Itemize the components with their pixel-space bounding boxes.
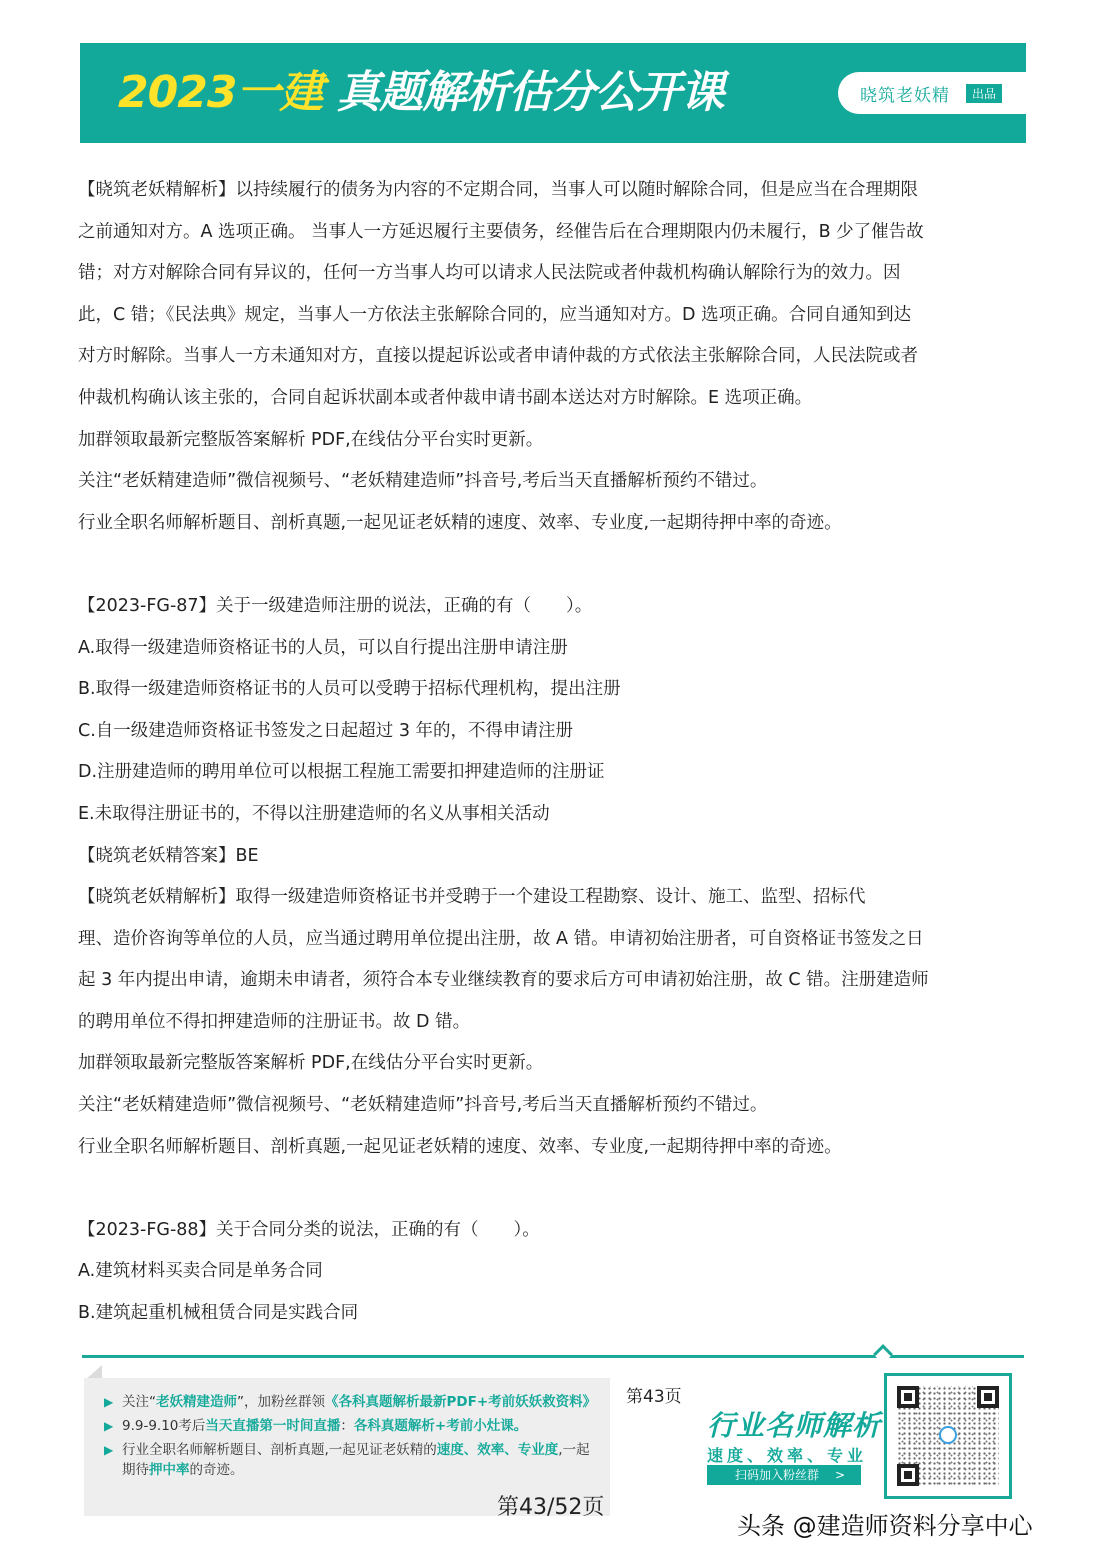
question-option: A.建筑材料买卖合同是单务合同	[78, 1251, 1028, 1293]
question-title: 【2023-FG-88】关于合同分类的说法，正确的有（ ）。	[78, 1210, 1028, 1252]
question-option: D.注册建造师的聘用单位可以根据工程施工需要扣押建造师的注册证	[78, 752, 1028, 794]
watermark: 头条 @建造师资料分享中心	[737, 1506, 1033, 1541]
triangle-bullet-icon: ▶	[104, 1440, 113, 1460]
banner-title-year: 2023一建	[118, 67, 322, 118]
banner-title-main: 真题解析估分公开课	[336, 67, 723, 118]
analysis-line: 错；对方对解除合同有异议的，任何一方当事人均可以请求人民法院或者仲裁机构确认解除…	[78, 253, 1028, 295]
question-option: E.未取得注册证书的，不得以注册建造师的名义从事相关活动	[78, 794, 1028, 836]
promo-text: ”，加粉丝群领	[237, 1394, 325, 1410]
promo-highlight: 《各科真题解析最新PDF+考前妖妖救资料》	[325, 1394, 596, 1410]
promo-text: ：	[340, 1418, 354, 1434]
triangle-bullet-icon: ▶	[104, 1392, 113, 1412]
footer-promo-item: ▶ 行业全职名师解析题目、剖析真题,一起见证老妖精的速度、效率、专业度,一起期待…	[104, 1440, 600, 1480]
footer-promo-item: ▶ 9.9-9.10考后当天直播第一时间直播：各科真题解析+考前小灶课。	[104, 1416, 600, 1436]
promo-text: 9.9-9.10考后	[122, 1418, 205, 1434]
promo-line: 关注“老妖精建造师”微信视频号、“老妖精建造师”抖音号,考后当天直播解析预约不错…	[78, 461, 1028, 503]
brand-tag: 出品	[966, 84, 1002, 103]
document-body: 【晓筑老妖精解析】以持续履行的债务为内容的不定期合同，当事人可以随时解除合同，但…	[78, 170, 1028, 1335]
promo-highlight: 各科真题解析+考前小灶课。	[354, 1418, 527, 1434]
question-title: 【2023-FG-87】关于一级建造师注册的说法，正确的有（ ）。	[78, 586, 1028, 628]
analysis-line: 【晓筑老妖精解析】取得一级建造师资格证书并受聘于一个建设工程勘察、设计、施工、监…	[78, 877, 1028, 919]
promo-line: 行业全职名师解析题目、剖析真题,一起见证老妖精的速度、效率、专业度,一起期待押中…	[78, 1127, 1028, 1169]
footer-promo-item: ▶ 关注“老妖精建造师”，加粉丝群领《各科真题解析最新PDF+考前妖妖救资料》	[104, 1392, 600, 1412]
question-option: C.自一级建造师资格证书签发之日起超过 3 年的，不得申请注册	[78, 711, 1028, 753]
qr-code[interactable]	[884, 1373, 1012, 1499]
footer-notch	[873, 1344, 893, 1364]
promo-highlight: 速度、效率、专业度	[437, 1442, 559, 1458]
page-number-small: 第43页	[626, 1382, 682, 1407]
brand-badge: 晓筑老妖精 出品	[838, 72, 1038, 114]
footer-promo-list: ▶ 关注“老妖精建造师”，加粉丝群领《各科真题解析最新PDF+考前妖妖救资料》 …	[104, 1392, 600, 1484]
promo-line: 加群领取最新完整版答案解析 PDF,在线估分平台实时更新。	[78, 1043, 1028, 1085]
scan-join-group-button[interactable]: 扫码加入粉丝群>	[707, 1465, 861, 1485]
spacer	[78, 544, 1028, 586]
promo-line: 关注“老妖精建造师”微信视频号、“老妖精建造师”抖音号,考后当天直播解析预约不错…	[78, 1085, 1028, 1127]
promo-text: 行业全职名师解析题目、剖析真题,一起见证老妖精的	[122, 1442, 437, 1458]
promo-highlight: 老妖精建造师	[156, 1394, 237, 1410]
chevron-right-icon: >	[835, 1468, 845, 1482]
qr-code-icon	[897, 1386, 999, 1486]
question-answer: 【晓筑老妖精答案】BE	[78, 836, 1028, 878]
banner-title: 2023一建真题解析估分公开课	[118, 65, 723, 121]
analysis-line: 起 3 年内提出申请，逾期未申请者，须符合本专业继续教育的要求后方可申请初始注册…	[78, 960, 1028, 1002]
brand-name: 晓筑老妖精	[860, 81, 950, 106]
scan-button-label: 扫码加入粉丝群	[735, 1468, 819, 1482]
analysis-line: 的聘用单位不得扣押建造师的注册证书。故 D 错。	[78, 1002, 1028, 1044]
question-option: B.建筑起重机械租赁合同是实践合同	[78, 1293, 1028, 1335]
analysis-line: 仲裁机构确认该主张的，合同自起诉状副本或者仲裁申请书副本送达对方时解除。E 选项…	[78, 378, 1028, 420]
chat-bubble-icon	[939, 1426, 957, 1444]
header-banner: 2023一建真题解析估分公开课 晓筑老妖精 出品	[80, 43, 1026, 143]
slogan-title: 行业名师解析	[707, 1404, 881, 1444]
qr-finder-icon	[897, 1386, 919, 1408]
promo-text: 的奇迹。	[190, 1462, 244, 1478]
page-number-total: 第43/52页	[497, 1490, 604, 1521]
triangle-bullet-icon: ▶	[104, 1416, 113, 1436]
analysis-line: 对方时解除。当事人一方未通知对方，直接以提起诉讼或者申请仲裁的方式依法主张解除合…	[78, 336, 1028, 378]
qr-finder-icon	[977, 1386, 999, 1408]
promo-text: 关注“	[122, 1394, 156, 1410]
analysis-line: 【晓筑老妖精解析】以持续履行的债务为内容的不定期合同，当事人可以随时解除合同，但…	[78, 170, 1028, 212]
question-option: A.取得一级建造师资格证书的人员，可以自行提出注册申请注册	[78, 628, 1028, 670]
qr-finder-icon	[897, 1464, 919, 1486]
promo-line: 行业全职名师解析题目、剖析真题,一起见证老妖精的速度、效率、专业度,一起期待押中…	[78, 503, 1028, 545]
question-option: B.取得一级建造师资格证书的人员可以受聘于招标代理机构，提出注册	[78, 669, 1028, 711]
slogan-subtitle: 速度、效率、专业	[707, 1443, 867, 1466]
spacer	[78, 1168, 1028, 1210]
analysis-line: 此，C 错；《民法典》规定，当事人一方依法主张解除合同的，应当通知对方。D 选项…	[78, 295, 1028, 337]
promo-line: 加群领取最新完整版答案解析 PDF,在线估分平台实时更新。	[78, 420, 1028, 462]
promo-highlight: 当天直播第一时间直播	[205, 1418, 340, 1434]
analysis-line: 理、造价咨询等单位的人员，应当通过聘用单位提出注册，故 A 错。申请初始注册者，…	[78, 919, 1028, 961]
promo-highlight: 押中率	[149, 1462, 190, 1478]
analysis-line: 之前通知对方。A 选项正确。 当事人一方延迟履行主要债务，经催告后在合理期限内仍…	[78, 212, 1028, 254]
